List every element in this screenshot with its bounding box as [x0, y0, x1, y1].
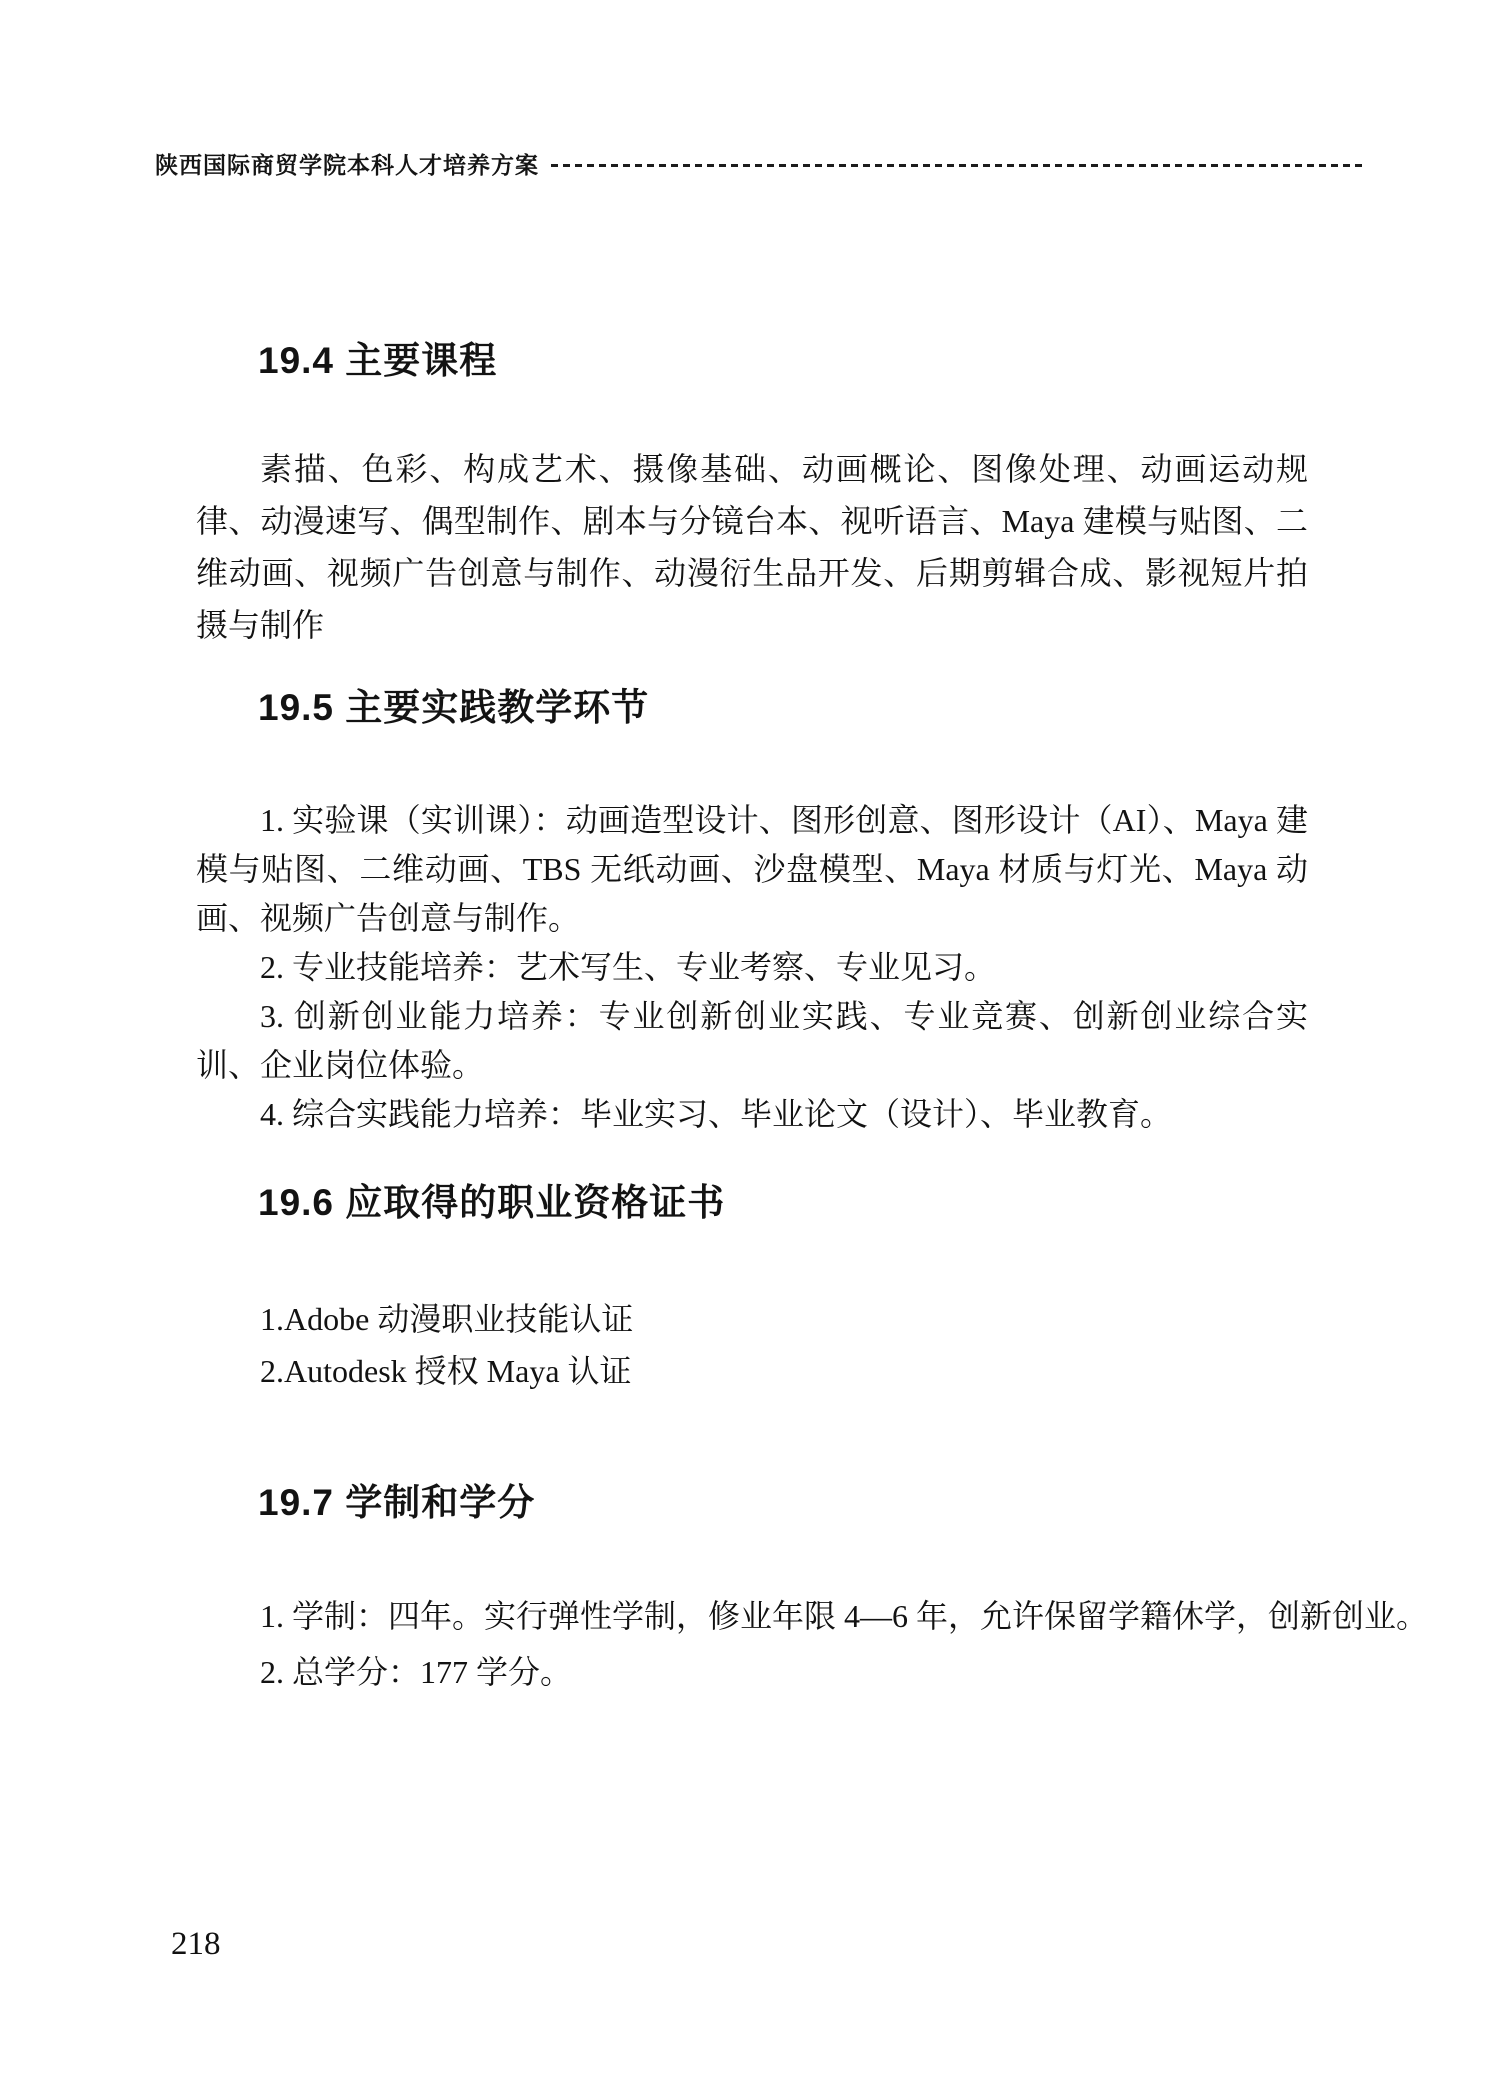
section-title-19-4: 19.4 主要课程	[258, 339, 497, 383]
header-title: 陕西国际商贸学院本科人才培养方案	[155, 147, 539, 180]
section-19-4-body: 素描、色彩、构成艺术、摄像基础、动画概论、图像处理、动画运动规律、动漫速写、偶型…	[196, 443, 1308, 651]
practice-item-3: 3. 创新创业能力培养：专业创新创业实践、专业竞赛、创新创业综合实训、企业岗位体…	[196, 992, 1308, 1090]
duration-item-1: 1. 学制：四年。实行弹性学制，修业年限 4—6 年，允许保留学籍休学，创新创业…	[196, 1588, 1308, 1644]
section-19-7-list: 1. 学制：四年。实行弹性学制，修业年限 4—6 年，允许保留学籍休学，创新创业…	[196, 1588, 1308, 1700]
credits-item-2: 2. 总学分：177 学分。	[196, 1644, 1308, 1700]
practice-item-4: 4. 综合实践能力培养：毕业实习、毕业论文（设计）、毕业教育。	[196, 1090, 1308, 1139]
document-page: 陕西国际商贸学院本科人才培养方案 19.4 主要课程 素描、色彩、构成艺术、摄像…	[0, 0, 1504, 2095]
certificate-item-2: 2.Autodesk 授权 Maya 认证	[196, 1345, 1308, 1397]
practice-item-2: 2. 专业技能培养：艺术写生、专业考察、专业见习。	[196, 943, 1308, 992]
section-title-19-5: 19.5 主要实践教学环节	[258, 686, 649, 730]
header-dashed-rule	[551, 164, 1367, 167]
section-title-19-7: 19.7 学制和学分	[258, 1481, 535, 1525]
page-header: 陕西国际商贸学院本科人才培养方案	[155, 147, 1367, 180]
section-19-6-list: 1.Adobe 动漫职业技能认证 2.Autodesk 授权 Maya 认证	[196, 1293, 1308, 1397]
section-19-5-list: 1. 实验课（实训课）：动画造型设计、图形创意、图形设计（AI）、Maya 建模…	[196, 796, 1308, 1139]
practice-item-1: 1. 实验课（实训课）：动画造型设计、图形创意、图形设计（AI）、Maya 建模…	[196, 796, 1308, 943]
certificate-item-1: 1.Adobe 动漫职业技能认证	[196, 1293, 1308, 1345]
section-title-19-6: 19.6 应取得的职业资格证书	[258, 1181, 725, 1225]
page-number: 218	[171, 1926, 221, 1963]
courses-paragraph: 素描、色彩、构成艺术、摄像基础、动画概论、图像处理、动画运动规律、动漫速写、偶型…	[196, 443, 1308, 651]
